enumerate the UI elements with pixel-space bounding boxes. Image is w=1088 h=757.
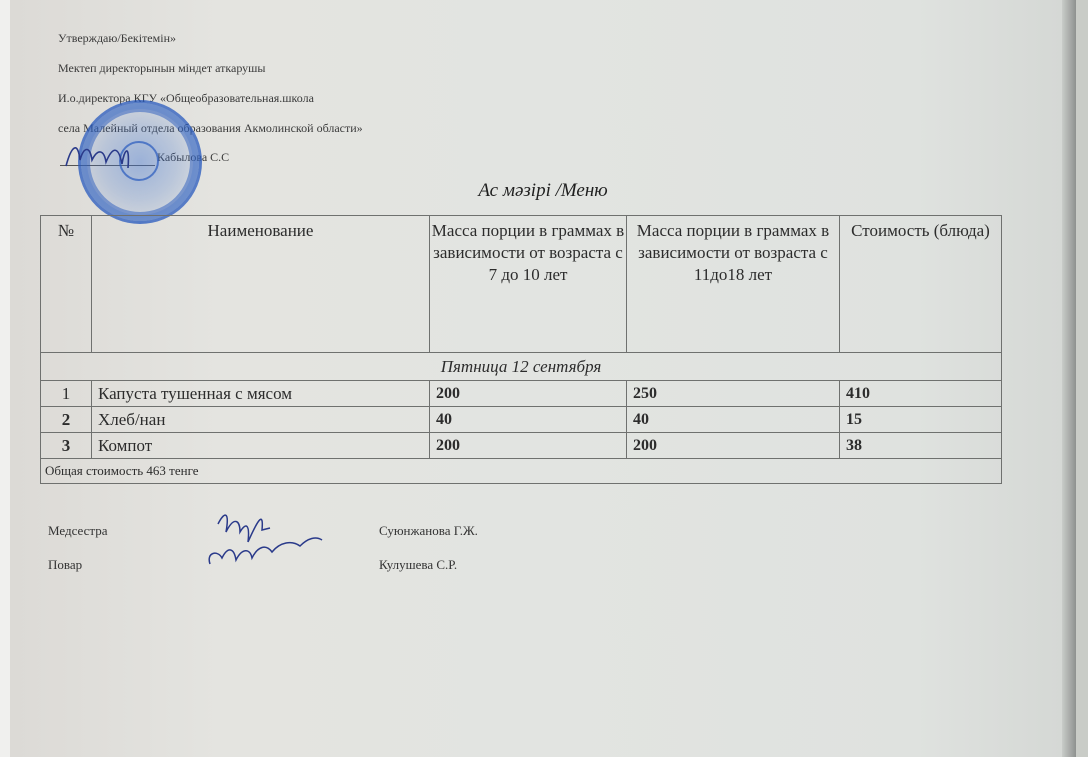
mass-11-18: 250 xyxy=(627,381,840,407)
nurse-name: Суюнжанова Г.Ж. xyxy=(379,523,478,539)
table-row: 1 Капуста тушенная с мясом 200 250 410 xyxy=(41,381,1002,407)
background-edge xyxy=(0,0,10,757)
day-label: Пятница 12 сентября xyxy=(41,353,1002,381)
dish-cost: 410 xyxy=(840,381,1002,407)
table-header-row: № Наименование Масса порции в граммах в … xyxy=(41,216,1002,353)
row-number: 3 xyxy=(41,433,92,459)
approval-line-1: Утверждаю/Бекітемін» xyxy=(58,31,176,46)
cook-name: Кулушева С.Р. xyxy=(379,557,457,573)
dish-cost: 15 xyxy=(840,407,1002,433)
dish-name: Капуста тушенная с мясом xyxy=(92,381,430,407)
mass-11-18: 200 xyxy=(627,433,840,459)
table-row: 2 Хлеб/нан 40 40 15 xyxy=(41,407,1002,433)
dish-cost: 38 xyxy=(840,433,1002,459)
document-page: Утверждаю/Бекітемін» Мектеп директорынын… xyxy=(10,0,1076,757)
header-mass-11-18: Масса порции в граммах в зависимости от … xyxy=(627,216,840,353)
mass-7-10: 200 xyxy=(430,381,627,407)
mass-7-10: 200 xyxy=(430,433,627,459)
day-row: Пятница 12 сентября xyxy=(41,353,1002,381)
approval-line-2: Мектеп директорынын міндет аткарушы xyxy=(58,61,266,76)
header-cost: Стоимость (блюда) xyxy=(840,216,1002,353)
header-name: Наименование xyxy=(92,216,430,353)
total-cost: Общая стоимость 463 тенге xyxy=(41,459,1002,484)
header-mass-7-10: Масса порции в граммах в зависимости от … xyxy=(430,216,627,353)
dish-name: Хлеб/нан xyxy=(92,407,430,433)
dish-name: Компот xyxy=(92,433,430,459)
nurse-role: Медсестра xyxy=(48,523,108,539)
director-signature-icon xyxy=(58,138,158,173)
approval-line-3: И.о.директора КГУ «Общеобразовательная.ш… xyxy=(58,91,314,106)
page-title: Ас мәзірі /Меню xyxy=(10,180,1076,202)
row-number: 1 xyxy=(41,381,92,407)
header-number: № xyxy=(41,216,92,353)
row-number: 2 xyxy=(41,407,92,433)
table-row: 3 Компот 200 200 38 xyxy=(41,433,1002,459)
menu-table: № Наименование Масса порции в граммах в … xyxy=(40,215,1002,484)
mass-11-18: 40 xyxy=(627,407,840,433)
staff-signature-icon xyxy=(200,502,330,574)
page-edge-shadow xyxy=(1062,0,1076,757)
total-row: Общая стоимость 463 тенге xyxy=(41,459,1002,484)
cook-role: Повар xyxy=(48,557,82,573)
mass-7-10: 40 xyxy=(430,407,627,433)
